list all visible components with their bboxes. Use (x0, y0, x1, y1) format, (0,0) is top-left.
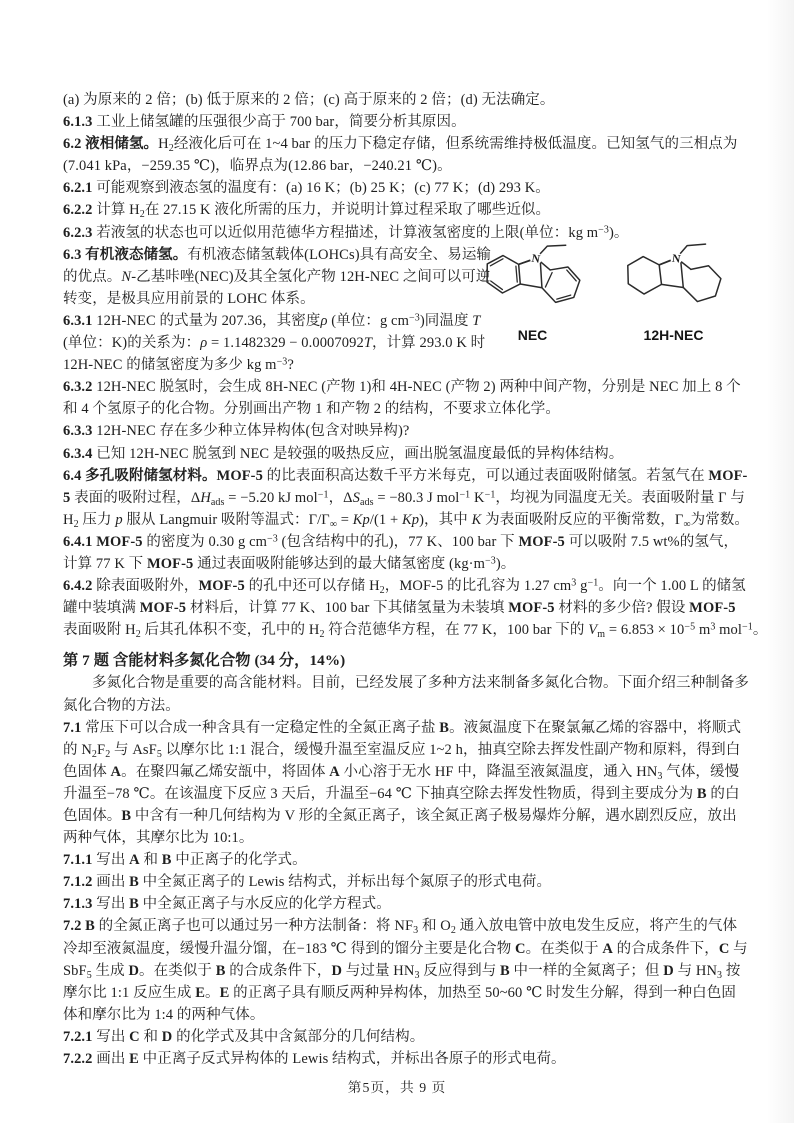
text-line: 摩尔比 1:1 反应生成 E。E 的正离子具有顺反两种异构体，加热至 50~60… (63, 982, 740, 1004)
text-line: 5 表面的吸附过程，ΔHads = −5.20 kJ mol−1，ΔSads =… (63, 487, 740, 509)
text-line: 计算 77 K 下 MOF-5 通过表面吸附能够达到的最大储氢密度 (kg·m−… (63, 553, 740, 575)
text-line: 两种气体，其摩尔比为 10:1。 (63, 827, 740, 849)
molecule-label-nec: NEC (464, 327, 601, 343)
text-line: 罐中装填满 MOF-5 材料后，计算 77 K、100 bar 下其储氢量为未装… (63, 597, 740, 619)
text-line: 和 4 个氢原子的化合物。分别画出产物 1 和产物 2 的结构，不要求立体化学。 (63, 398, 740, 420)
text-line: 表面吸附 H2 后其孔体积不变，孔中的 H2 符合范德华方程，在 77 K，10… (63, 619, 740, 641)
text-line: 的 N2F2 与 AsF5 以摩尔比 1:1 混合，缓慢升温至室温反应 1~2 … (63, 739, 740, 761)
text-line: 7.1 常压下可以合成一种含具有一定稳定性的全氮正离子盐 B。液氮温度下在聚氯氟… (63, 717, 740, 739)
text-line: (a) 为原来的 2 倍；(b) 低于原来的 2 倍；(c) 高于原来的 2 倍… (63, 89, 740, 111)
text-line: H2 压力 p 服从 Langmuir 吸附等温式：Γ/Γ∞ = Kp/(1 +… (63, 509, 740, 531)
text-line: 氮化合物的方法。 (63, 695, 740, 717)
molecule-12h-nec: N 12H-NEC (605, 236, 742, 343)
text-line: 6.2.1 可能观察到液态氢的温度有：(a) 16 K；(b) 25 K；(c)… (63, 177, 740, 199)
text-line: 7.1.1 写出 A 和 B 中正离子的化学式。 (63, 849, 740, 871)
text-line: 7.1.2 画出 B 中全氮正离子的 Lewis 结构式，并标出每个氮原子的形式… (63, 871, 740, 893)
nec-structure-icon: N (464, 236, 601, 324)
text-line: 体和摩尔比为 1:4 的两种气体。 (63, 1004, 740, 1026)
molecule-nec: N NEC (464, 236, 601, 343)
molecule-label-12h-nec: 12H-NEC (605, 327, 742, 343)
text-line: 6.4.1 MOF-5 的密度为 0.30 g cm−3 (包含结构中的孔)，7… (63, 531, 740, 553)
text-line: (7.041 kPa，−259.35 ℃)，临界点为(12.86 bar，−24… (63, 155, 740, 177)
document-page: (a) 为原来的 2 倍；(b) 低于原来的 2 倍；(c) 高于原来的 2 倍… (0, 0, 794, 1123)
text-line: 色固体。B 中含有一种几何结构为 V 形的全氮正离子，该全氮正离子极易爆炸分解，… (63, 805, 740, 827)
text-line: 6.2.2 计算 H2在 27.15 K 液化所需的压力，并说明计算过程采取了哪… (63, 199, 740, 221)
text-line: 6.3.4 已知 12H-NEC 脱氢到 NEC 是较强的吸热反应，画出脱氢温度… (63, 443, 740, 465)
text-line: SbF5 生成 D。在类似于 B 的合成条件下，D 与过量 HN3 反应得到与 … (63, 960, 740, 982)
text-line: 多氮化合物是重要的高含能材料。目前，已经发展了多种方法来制备多氮化合物。下面介绍… (63, 672, 740, 694)
text-line: 6.4 多孔吸附储氢材料。MOF-5 的比表面积高达数千平方米每克，可以通过表面… (63, 465, 740, 487)
text-line: 升温至−78 ℃。在该温度下反应 3 天后，升温至−64 ℃ 下抽真空除去挥发性… (63, 783, 740, 805)
text-line: 7.2.2 画出 E 中正离子反式异构体的 Lewis 结构式，并标出各原子的形… (63, 1048, 740, 1070)
text-line: 6.4.2 除表面吸附外，MOF-5 的孔中还可以存储 H2，MOF-5 的比孔… (63, 575, 740, 597)
text-line: 6.3.2 12H-NEC 脱氢时，会生成 8H-NEC (产物 1)和 4H-… (63, 376, 740, 398)
scan-shadow (766, 0, 794, 1123)
text-line: 7.1.3 写出 B 中全氮正离子与水反应的化学方程式。 (63, 893, 740, 915)
page-footer: 第5页，共 9 页 (0, 1076, 794, 1096)
text-line: 6.3.3 12H-NEC 存在多少种立体异构体(包含对映异构)? (63, 420, 740, 442)
text-line: 6.1.3 工业上储氢罐的压强很少高于 700 bar，简要分析其原因。 (63, 111, 740, 133)
text-line: 12H-NEC 的储氢密度为多少 kg m−3? (63, 354, 740, 376)
structure-figure: N NEC N (464, 236, 742, 343)
text-line: 6.2 液相储氢。H2经液化后可在 1~4 bar 的压力下稳定存储，但系统需维… (63, 133, 740, 155)
text-line: 色固体 A。在聚四氟乙烯安瓿中，将固体 A 小心溶于无水 HF 中，降温至液氮温… (63, 761, 740, 783)
text-line: 7.2 B 的全氮正离子也可以通过另一种方法制备：将 NF3 和 O2 通入放电… (63, 915, 740, 937)
text-line: 7.2.1 写出 C 和 D 的化学式及其中含氮部分的几何结构。 (63, 1026, 740, 1048)
text-line: 冷却至液氮温度，缓慢升温分馏，在−183 ℃ 得到的馏分主要是化合物 C。在类似… (63, 938, 740, 960)
12h-nec-structure-icon: N (605, 236, 742, 324)
text-line: 第 7 题 含能材料多氮化合物 (34 分，14%) (63, 650, 740, 672)
svg-text:N: N (671, 253, 682, 266)
